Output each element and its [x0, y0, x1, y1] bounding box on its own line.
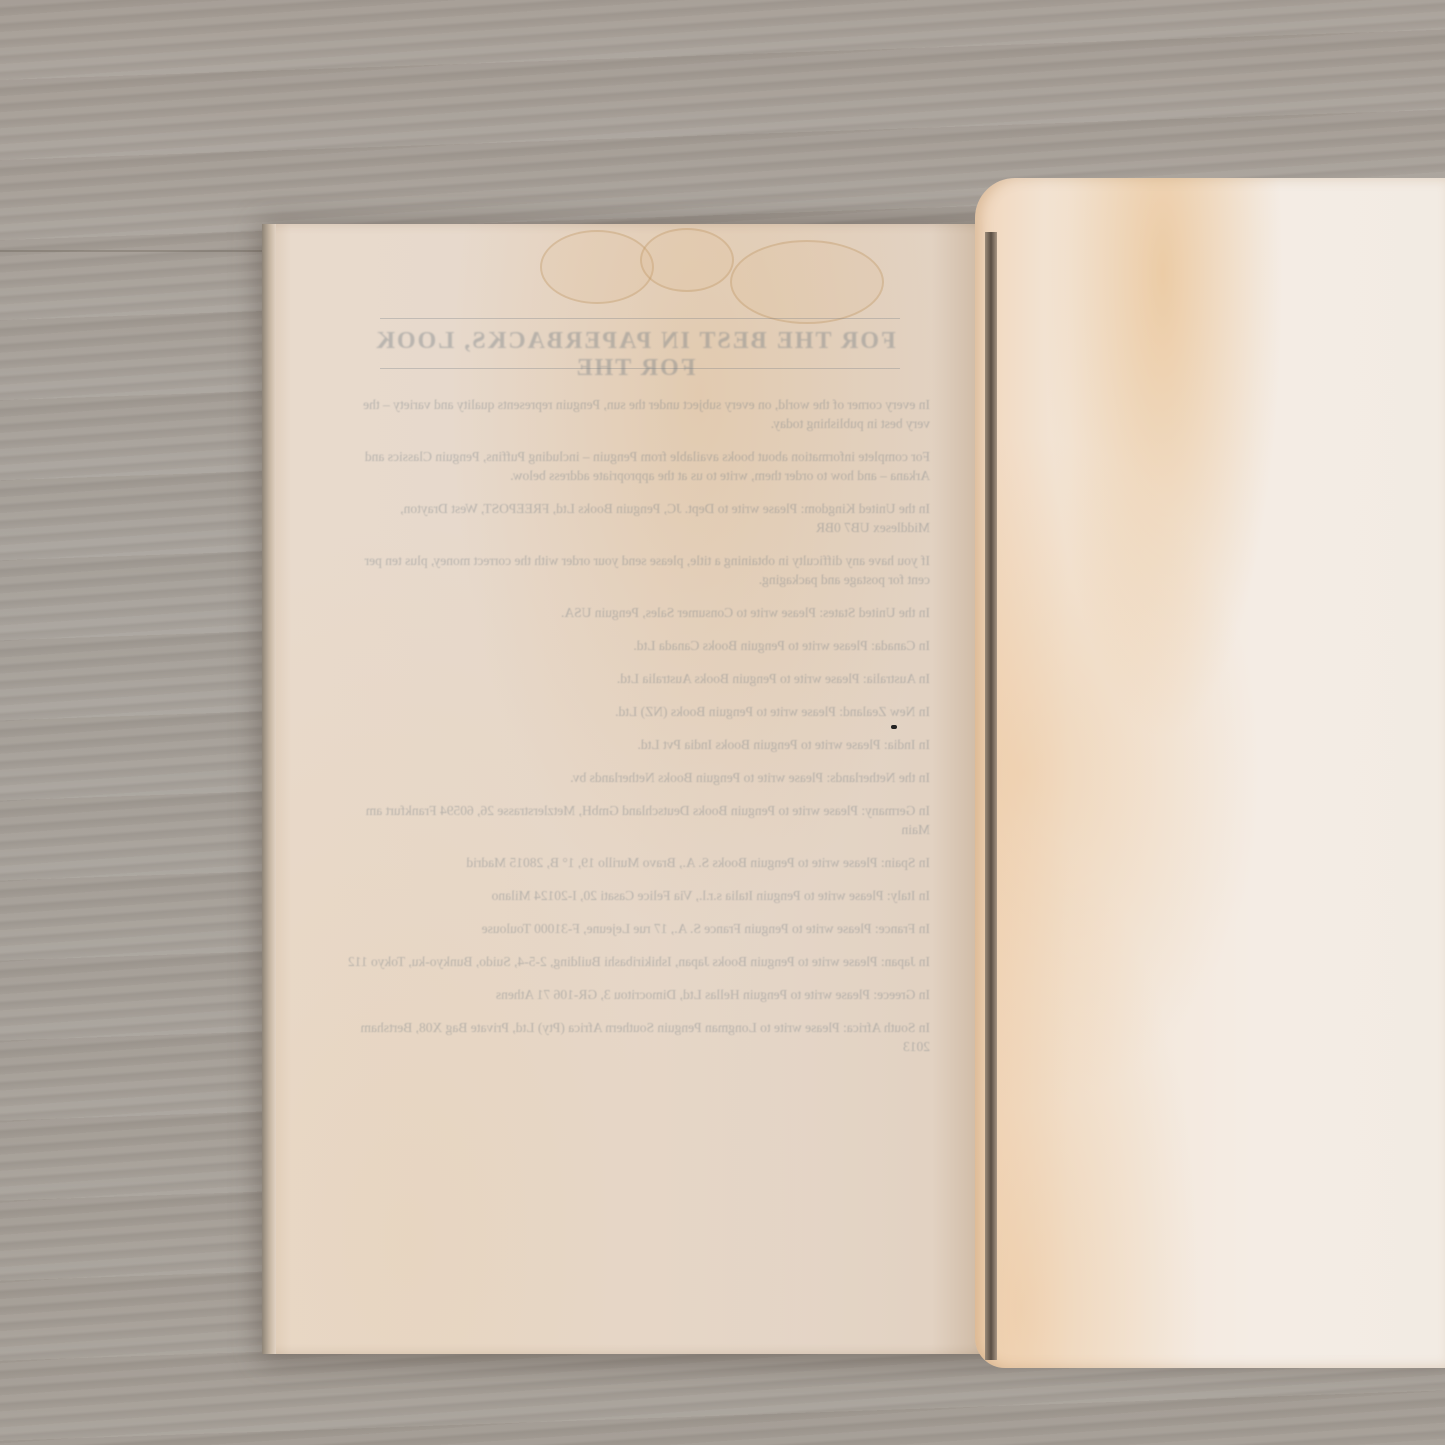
- bleed-paragraph: In Italy: Please write to Penguin Italia…: [340, 886, 930, 905]
- ink-speck: [891, 725, 897, 729]
- bleed-through-heading: FOR THE BEST IN PAPERBACKS, LOOK FOR THE: [345, 328, 925, 382]
- bleed-paragraph: In every corner of the world, on every s…: [340, 395, 930, 433]
- bleed-paragraph: In South Africa: Please write to Longman…: [340, 1018, 930, 1056]
- heading-rule-top: [380, 318, 900, 319]
- bleed-paragraph: In Canada: Please write to Penguin Books…: [340, 636, 930, 655]
- bleed-paragraph: In the Netherlands: Please write to Peng…: [340, 768, 930, 787]
- water-stain: [730, 240, 884, 324]
- bleed-paragraph: In India: Please write to Penguin Books …: [340, 735, 930, 754]
- bleed-paragraph: In Spain: Please write to Penguin Books …: [340, 853, 930, 872]
- bleed-paragraph: If you have any difficulty in obtaining …: [340, 551, 930, 589]
- heading-rule-bottom: [380, 368, 900, 369]
- bleed-paragraph: In Greece: Please write to Penguin Hella…: [340, 985, 930, 1004]
- bleed-paragraph: In Germany: Please write to Penguin Book…: [340, 801, 930, 839]
- water-stain: [540, 230, 654, 304]
- bleed-paragraph: In Japan: Please write to Penguin Books …: [340, 952, 930, 971]
- bleed-paragraph: In France: Please write to Penguin Franc…: [340, 919, 930, 938]
- bleed-paragraph: For complete information about books ava…: [340, 447, 930, 485]
- bleed-paragraph: In Australia: Please write to Penguin Bo…: [340, 669, 930, 688]
- bleed-paragraph: In the United Kingdom: Please write to D…: [340, 499, 930, 537]
- right-page-blank: [975, 178, 1445, 1368]
- bleed-paragraph: In New Zealand: Please write to Penguin …: [340, 702, 930, 721]
- bleed-through-text: In every corner of the world, on every s…: [340, 395, 930, 1070]
- water-stain: [640, 228, 734, 292]
- book-spine-gutter: [985, 232, 997, 1360]
- page-block-edge: [262, 224, 276, 1354]
- bleed-paragraph: In the United States: Please write to Co…: [340, 603, 930, 622]
